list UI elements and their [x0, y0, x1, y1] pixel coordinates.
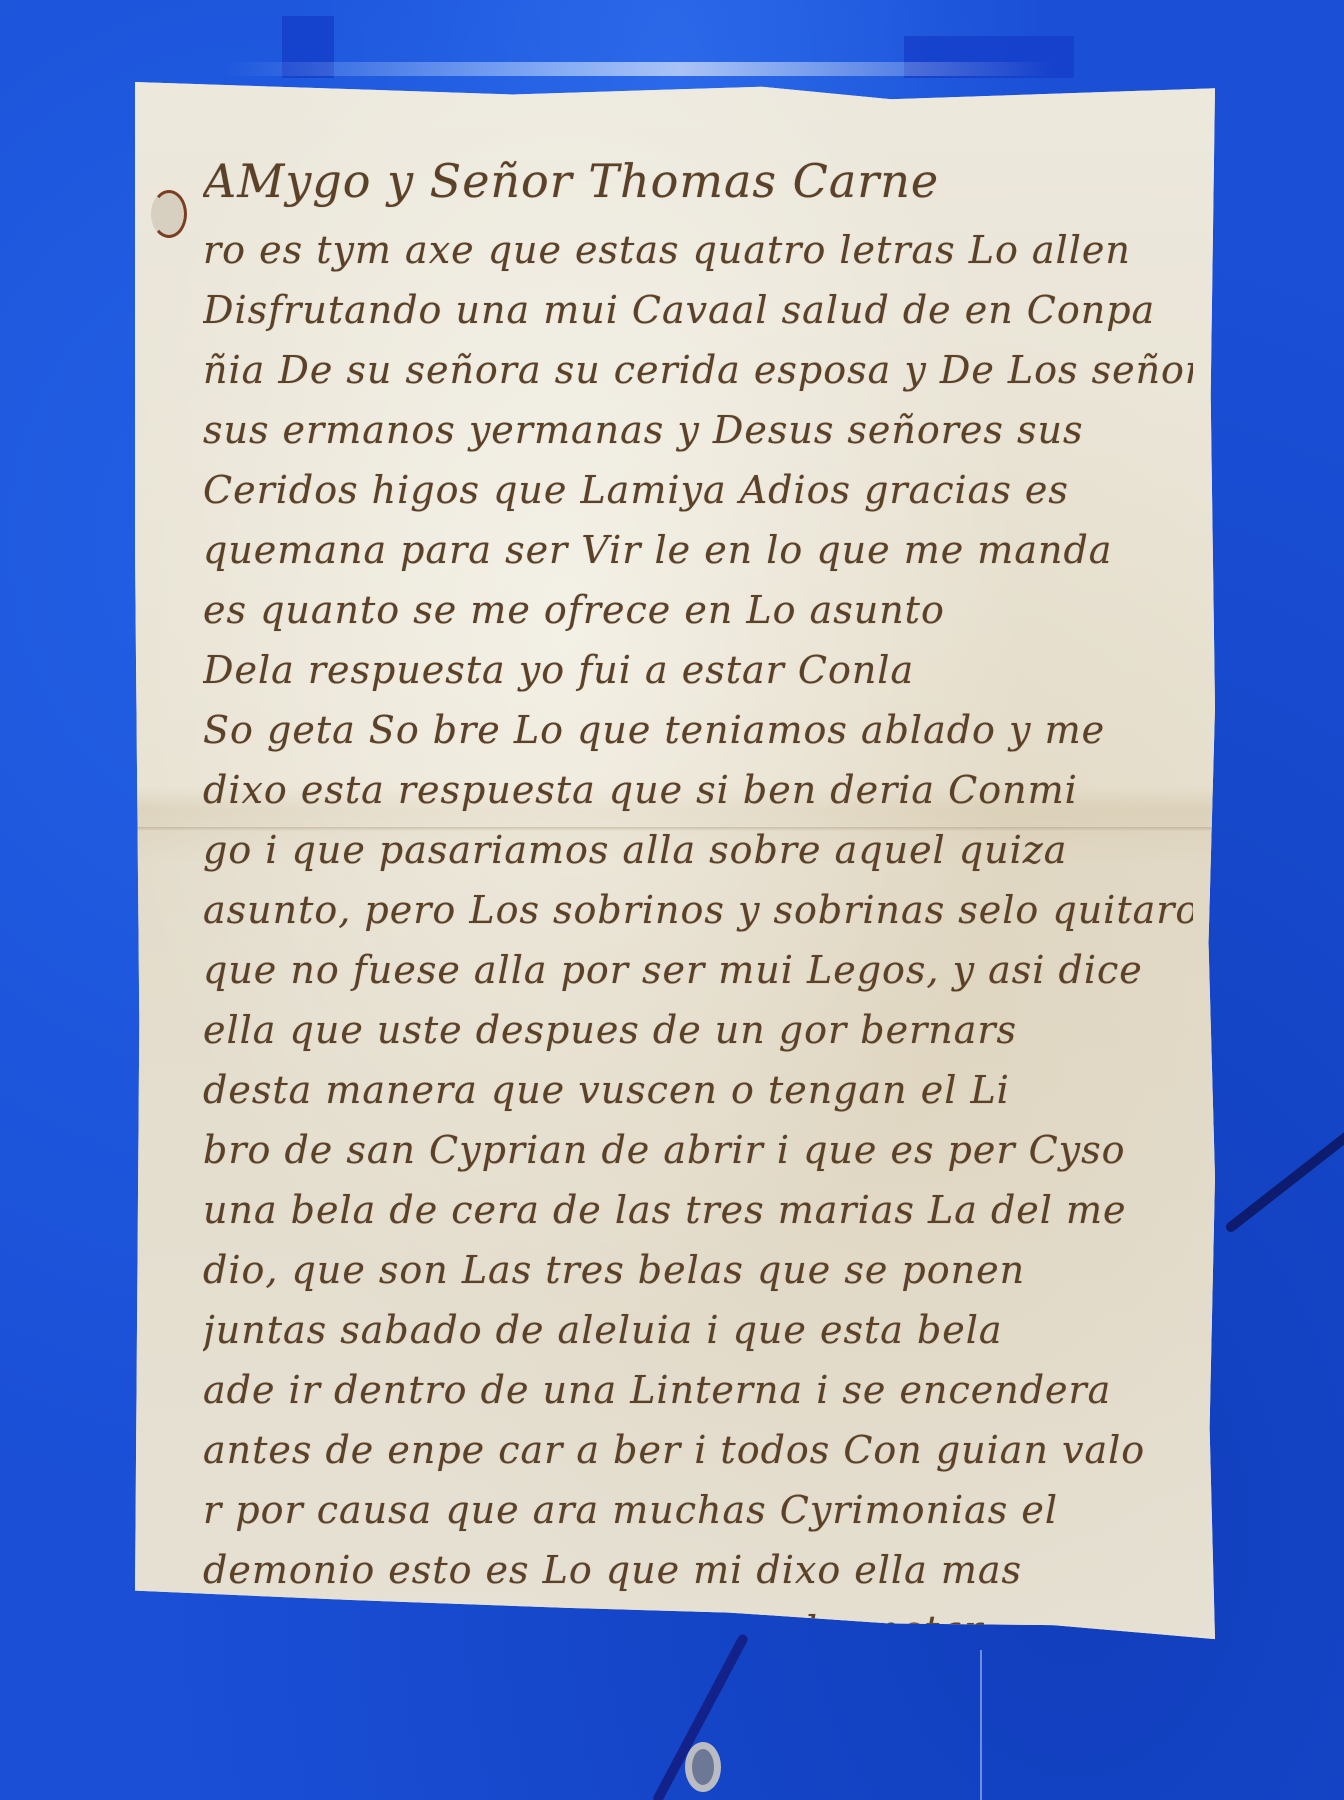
text-line: dio, que son Las tres belas que se ponen: [203, 1240, 1193, 1300]
text-line: demonio esto es Lo que mi dixo ella mas: [203, 1540, 1193, 1600]
text-line: r por causa que ara muchas Cyrimonias el: [203, 1480, 1193, 1540]
clear-tape-strip: [224, 62, 1054, 76]
manuscript-page: AMygo y Señor Thomas Carne ro es tym axe…: [135, 82, 1215, 1647]
text-line: desta manera que vuscen o tengan el Li: [203, 1060, 1193, 1120]
text-line: dixo esta respuesta que si ben deria Con…: [203, 760, 1193, 820]
text-line: ñia De su señora su cerida esposa y De L…: [203, 340, 1193, 400]
text-line: una bela de cera de las tres marias La d…: [203, 1180, 1193, 1240]
text-line: Dela respuesta yo fui a estar Conla: [203, 640, 1193, 700]
text-line: So geta So bre Lo que teniamos ablado y …: [203, 700, 1193, 760]
handwritten-text: AMygo y Señor Thomas Carne ro es tym axe…: [203, 142, 1193, 1720]
text-line: asunto, pero Los sobrinos y sobrinas sel…: [203, 880, 1193, 940]
text-line: juntas sabado de aleluia i que esta bela: [203, 1300, 1193, 1360]
salutation-line: AMygo y Señor Thomas Carne: [203, 142, 1193, 220]
text-line: bro de san Cyprian de abrir i que es per…: [203, 1120, 1193, 1180]
text-line: Ceridos higos que Lamiya Adios gracias e…: [203, 460, 1193, 520]
text-line: go i que pasariamos alla sobre aquel qui…: [203, 820, 1193, 880]
text-line: que no fuese alla por ser mui Legos, y a…: [203, 940, 1193, 1000]
text-line: quemana para ser Vir le en lo que me man…: [203, 520, 1193, 580]
binding-cord-right: [1224, 1115, 1344, 1234]
text-line: me digo ella que para saber el senetar: [203, 1600, 1193, 1660]
text-line: Disfrutando una mui Cavaal salud de en C…: [203, 280, 1193, 340]
text-line: antes de enpe car a ber i todos Con guia…: [203, 1420, 1193, 1480]
background-crease: [980, 1650, 982, 1800]
metal-grommet: [685, 1742, 721, 1792]
text-line: ro es tym axe que estas quatro letras Lo…: [203, 220, 1193, 280]
worm-hole: [151, 190, 187, 238]
text-line: sus ermanos yermanas y Desus señores sus: [203, 400, 1193, 460]
text-line: es quanto se me ofrece en Lo asunto: [203, 580, 1193, 640]
text-line: ade ir dentro de una Linterna i se encen…: [203, 1360, 1193, 1420]
text-line: ella que uste despues de un gor bernars: [203, 1000, 1193, 1060]
